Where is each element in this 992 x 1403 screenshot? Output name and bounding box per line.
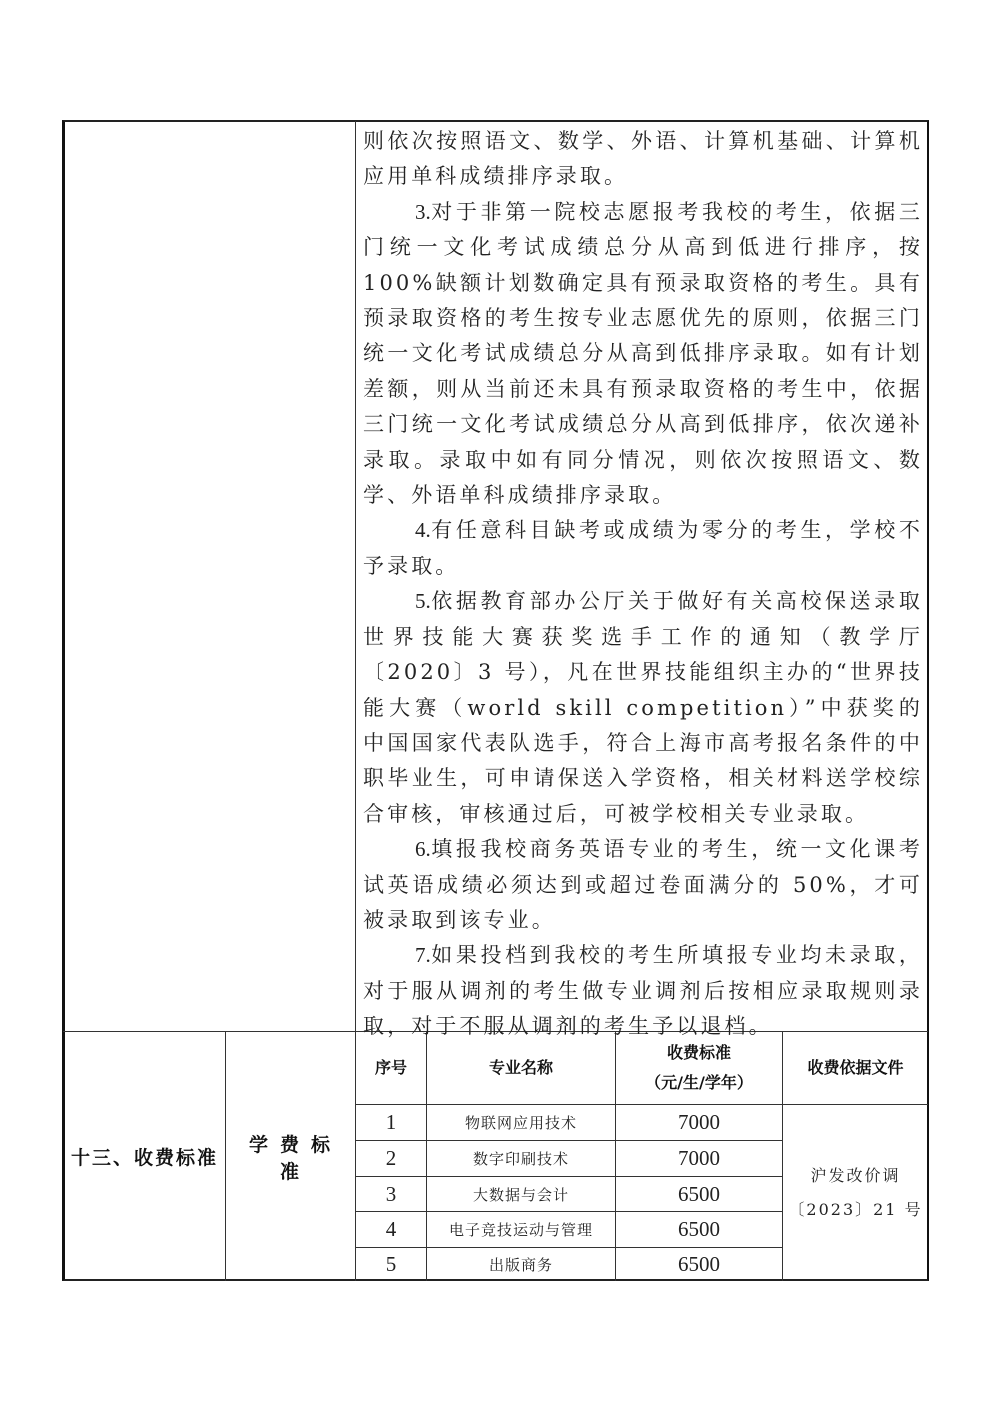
row-major: 大数据与会计 — [427, 1177, 615, 1211]
sub-label-tuition: 学费标准 — [226, 1032, 355, 1281]
row-no: 1 — [356, 1105, 426, 1140]
rule-item-3: 3.对于非第一院校志愿报考我校的考生，依据三门统一文化考试成绩总分从高到低进行排… — [363, 195, 923, 514]
rule-number: 5. — [415, 589, 431, 613]
header-fee: 收费标准 （元/生/学年） — [616, 1032, 782, 1104]
row-major: 数字印刷技术 — [427, 1141, 615, 1176]
row-no: 3 — [356, 1177, 426, 1211]
section-label-fees: 十三、收费标准 — [64, 1032, 225, 1281]
header-no: 序号 — [356, 1032, 426, 1104]
document-page: 则依次按照语文、数学、外语、计算机基础、计算机应用单科成绩排序录取。 3.对于非… — [0, 0, 992, 1403]
row-fee: 7000 — [616, 1141, 782, 1176]
rule-text: 填报我校商务英语专业的考生，统一文化课考试英语成绩必须达到或超过卷面满分的 50… — [363, 837, 923, 932]
header-major: 专业名称 — [427, 1032, 615, 1104]
row-no: 4 — [356, 1212, 426, 1247]
row-fee: 6500 — [616, 1248, 782, 1281]
rule-item-5: 5.依据教育部办公厅关于做好有关高校保送录取世界技能大赛获奖选手工作的通知（教学… — [363, 584, 923, 832]
row-major: 出版商务 — [427, 1248, 615, 1281]
row-fee: 6500 — [616, 1212, 782, 1247]
row-fee: 7000 — [616, 1105, 782, 1140]
rule-item-4: 4.有任意科目缺考或成绩为零分的考生，学校不予录取。 — [363, 513, 923, 584]
rule-item-7: 7.如果投档到我校的考生所填报专业均未录取，对于服从调剂的考生做专业调剂后按相应… — [363, 938, 923, 1044]
fee-basis-document: 沪发改价调 〔2023〕21 号 — [783, 1105, 928, 1281]
rule-number: 6. — [415, 837, 431, 861]
row-no: 2 — [356, 1141, 426, 1176]
rule-number: 7. — [415, 943, 431, 967]
rule-number: 3. — [415, 200, 431, 224]
admission-rules-text: 则依次按照语文、数学、外语、计算机基础、计算机应用单科成绩排序录取。 3.对于非… — [363, 124, 923, 1045]
rule-text: 有任意科目缺考或成绩为零分的考生，学校不予录取。 — [363, 518, 923, 577]
rule-text: 如果投档到我校的考生所填报专业均未录取，对于服从调剂的考生做专业调剂后按相应录取… — [363, 943, 923, 1038]
rule-text: 依据教育部办公厅关于做好有关高校保送录取世界技能大赛获奖选手工作的通知（教学厅〔… — [363, 589, 923, 825]
row-fee: 6500 — [616, 1177, 782, 1211]
row-major: 物联网应用技术 — [427, 1105, 615, 1140]
header-fee-title: 收费标准 — [667, 1038, 731, 1068]
basis-doc-line2: 〔2023〕21 号 — [788, 1193, 922, 1227]
rule-text: 对于非第一院校志愿报考我校的考生，依据三门统一文化考试成绩总分从高到低进行排序，… — [363, 200, 923, 507]
rule-continuation: 则依次按照语文、数学、外语、计算机基础、计算机应用单科成绩排序录取。 — [363, 124, 923, 195]
header-fee-unit: （元/生/学年） — [645, 1068, 753, 1098]
header-basis: 收费依据文件 — [783, 1032, 928, 1104]
basis-doc-line1: 沪发改价调 — [810, 1159, 900, 1193]
row-no: 5 — [356, 1248, 426, 1281]
rule-item-6: 6.填报我校商务英语专业的考生，统一文化课考试英语成绩必须达到或超过卷面满分的 … — [363, 832, 923, 938]
rule-number: 4. — [415, 518, 431, 542]
row-major: 电子竞技运动与管理 — [427, 1212, 615, 1247]
